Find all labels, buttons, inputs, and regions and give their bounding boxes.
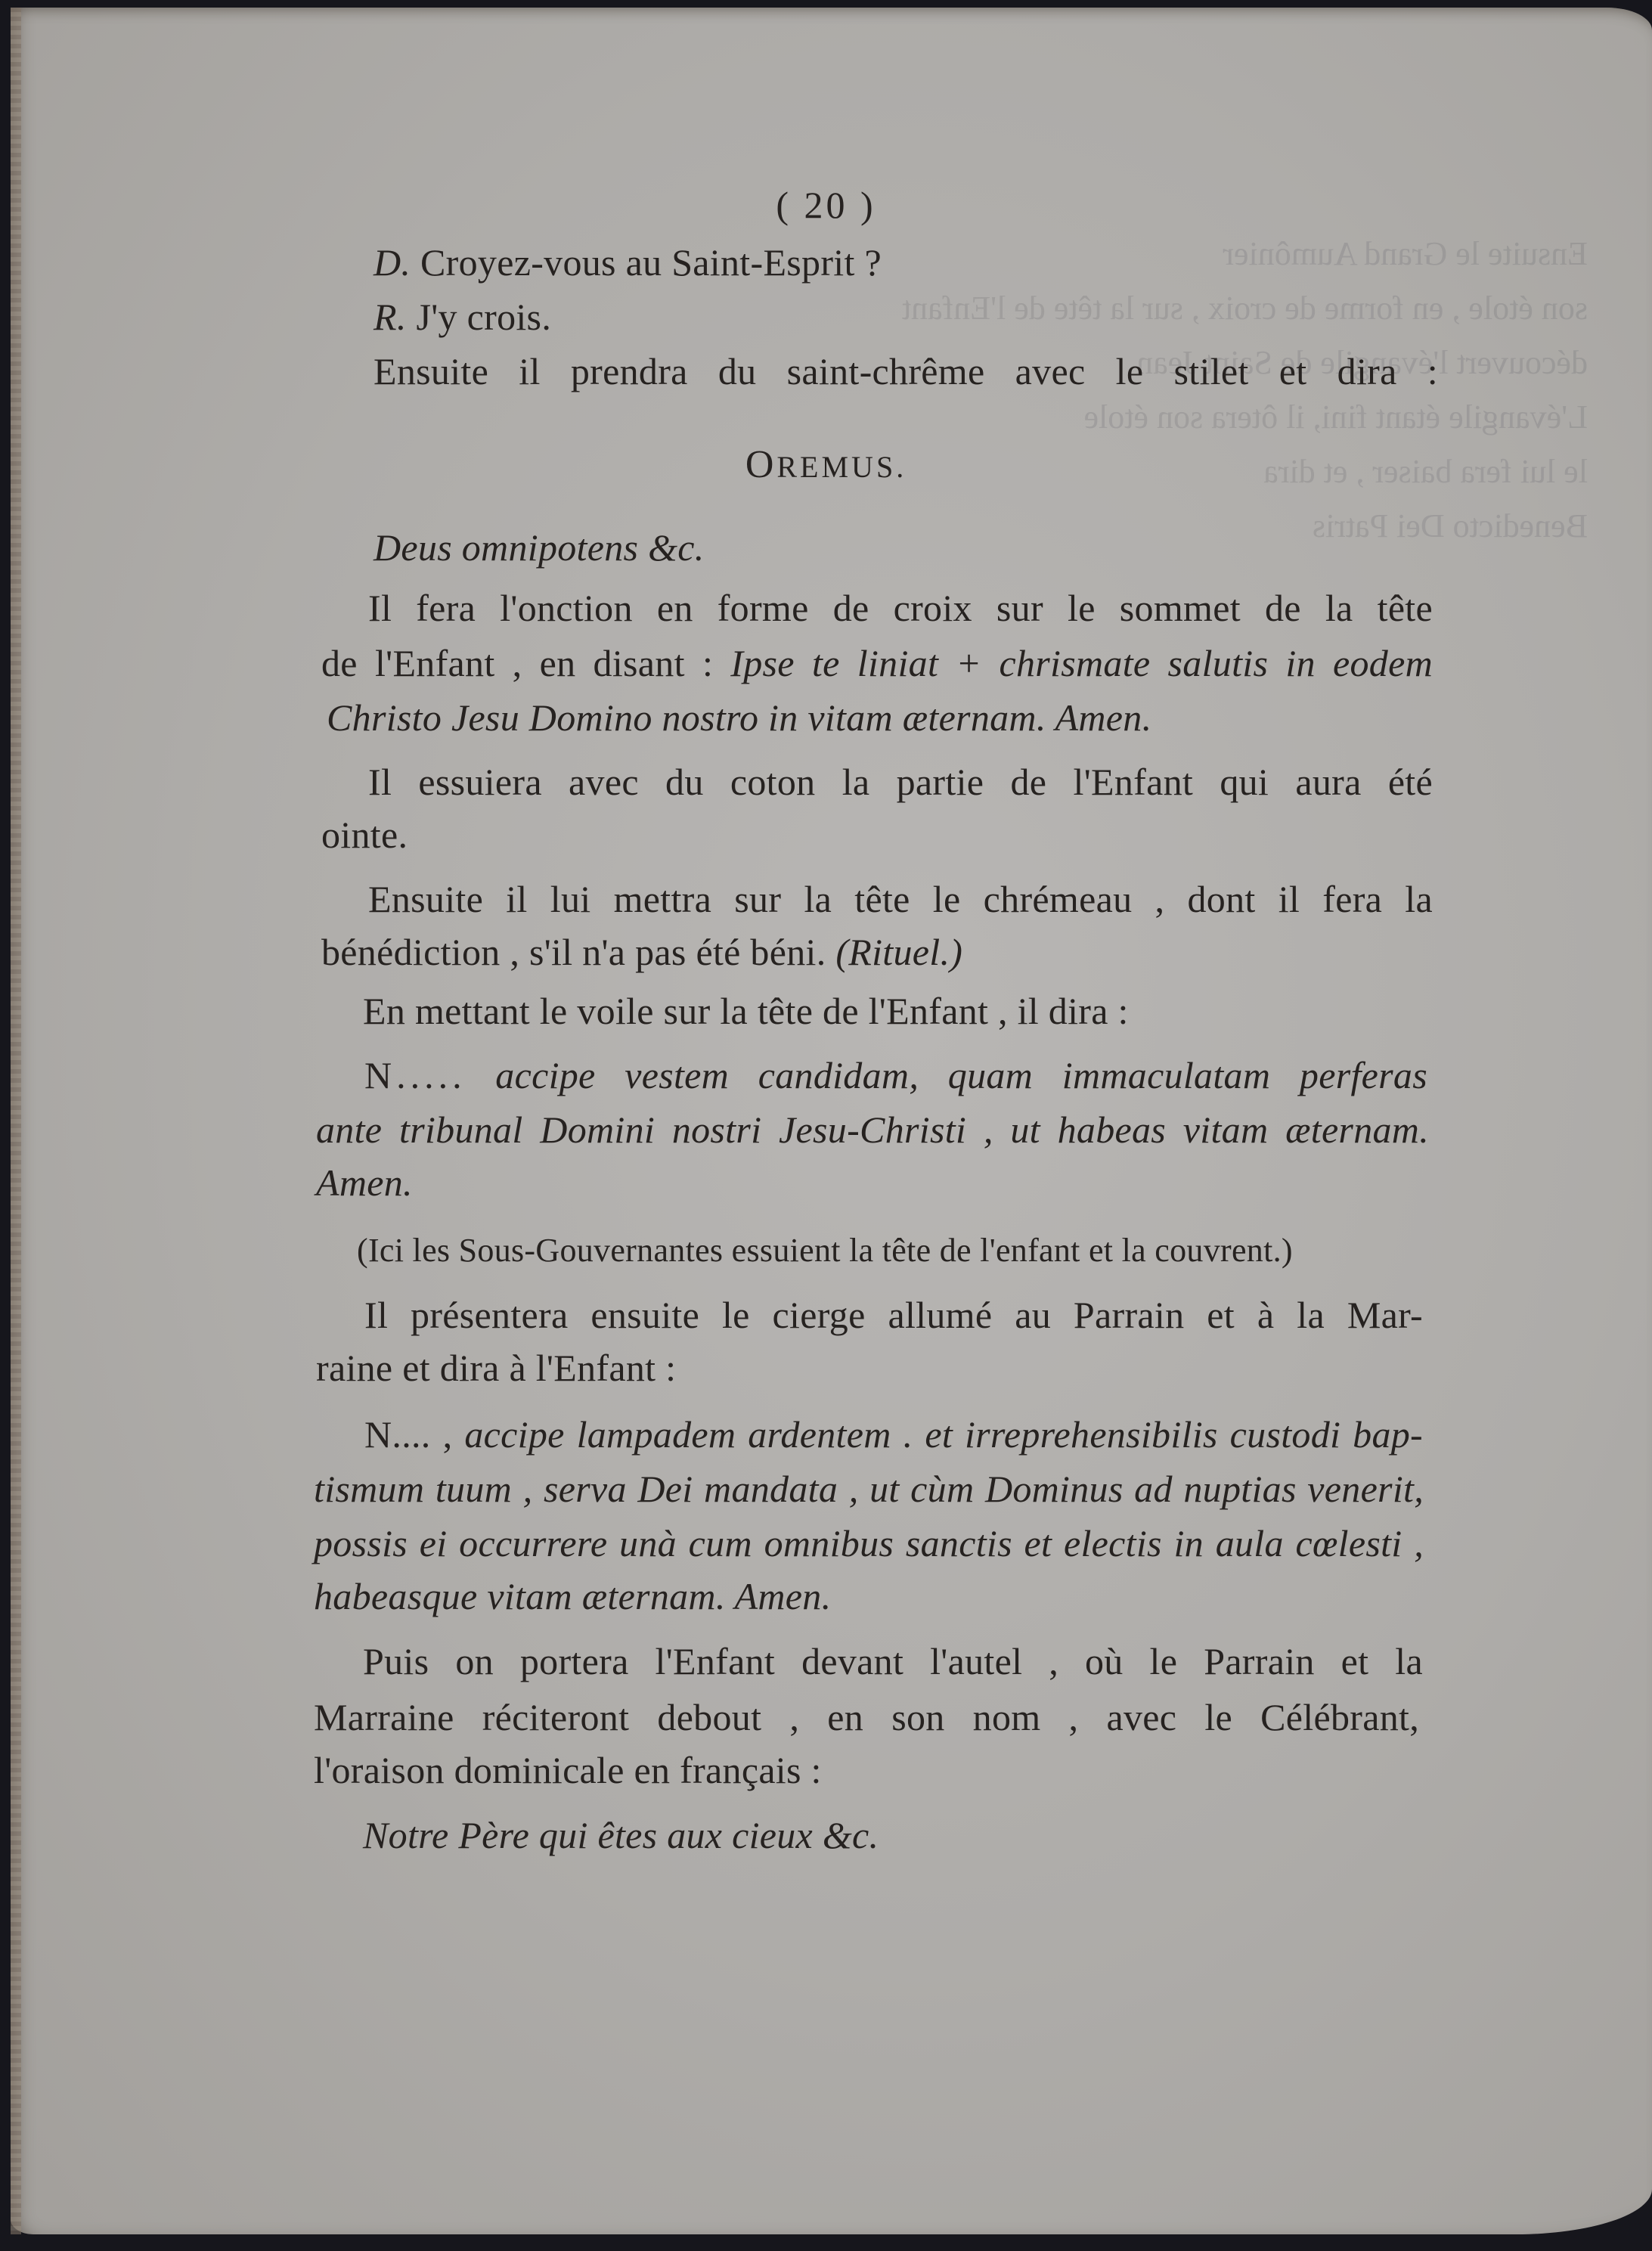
page-number: ( 20 ) [0,183,1652,227]
response-label: R. [373,296,407,338]
para-autel-line-3: l'oraison dominicale en français : [314,1748,822,1792]
onction-roman: de l'Enfant , en disant : [321,642,730,684]
binding-edge [11,8,21,2234]
pater-incipit: Notre Père qui êtes aux cieux &c. [363,1813,879,1857]
question-line: D. Croyez-vous au Saint-Esprit ? [373,240,882,284]
response-line: R. J'y crois. [373,295,551,339]
vestis-latin-1: accipe vestem candidam, quam immaculatam… [495,1054,1427,1096]
heading-initial: O [745,443,777,486]
scanned-book-page: Ensuite le Grand Aumônier son étole , en… [0,0,1652,2251]
rituel-reference: (Rituel.) [835,931,962,973]
name-placeholder: N..... [364,1054,466,1096]
para-autel-line-1: Puis on portera l'Enfant devant l'autel … [363,1639,1423,1683]
onction-latin: Ipse te liniat + chrismate salutis in eo… [730,642,1433,684]
para-onction-line-3: Christo Jesu Domino nostro in vitam æter… [327,696,1151,739]
formula-lampas-line-4: habeasque vitam æternam. Amen. [314,1574,831,1618]
formula-vestis-line-3: Amen. [316,1161,413,1205]
rubric-sous-gouvernantes: (Ici les Sous-Gouvernantes essuient la t… [357,1231,1293,1270]
para-essuiera-line-2: ointe. [321,813,408,857]
para-onction-line-1: Il fera l'onction en forme de croix sur … [368,586,1433,630]
formula-lampas-line-3: possis ei occurrere unà cum omnibus sanc… [314,1521,1424,1565]
para-onction-line-2: de l'Enfant , en disant : Ipse te liniat… [321,641,1433,685]
formula-vestis-line-1: N..... accipe vestem candidam, quam imma… [364,1053,1427,1097]
para-chremeau-line-1: Ensuite il lui mettra sur la tête le chr… [368,877,1433,921]
para-cierge-line-2: raine et dira à l'Enfant : [316,1346,676,1390]
name-placeholder: N.... , [364,1413,452,1456]
instruction-saint-chreme: Ensuite il prendra du saint-chrême avec … [373,349,1438,393]
question-text: Croyez-vous au Saint-Esprit ? [411,241,882,284]
response-text: J'y crois. [407,296,551,338]
para-chremeau-line-2: bénédiction , s'il n'a pas été béni. (Ri… [321,930,962,974]
chremeau-roman: bénédiction , s'il n'a pas été béni. [321,931,835,973]
formula-lampas-line-2: tismum tuum , serva Dei mandata , ut cùm… [314,1467,1424,1511]
question-label: D. [373,241,411,284]
formula-lampas-line-1: N.... , accipe lampadem ardentem . et ir… [364,1412,1423,1456]
para-voile: En mettant le voile sur la tête de l'Enf… [363,989,1129,1033]
heading-rest: remus. [776,450,907,484]
para-essuiera-line-1: Il essuiera avec du coton la partie de l… [368,760,1433,804]
section-heading-oremus: Oremus. [0,442,1652,487]
lampas-latin-1: accipe lampadem ardentem . et irreprehen… [464,1413,1423,1456]
prayer-incipit-deus: Deus omnipotens &c. [373,526,705,569]
formula-vestis-line-2: ante tribunal Domini nostri Jesu-Christi… [316,1108,1429,1152]
para-autel-line-2: Marraine réciteront debout , en son nom … [314,1695,1419,1739]
para-cierge-line-1: Il présentera ensuite le cierge allumé a… [364,1293,1423,1337]
